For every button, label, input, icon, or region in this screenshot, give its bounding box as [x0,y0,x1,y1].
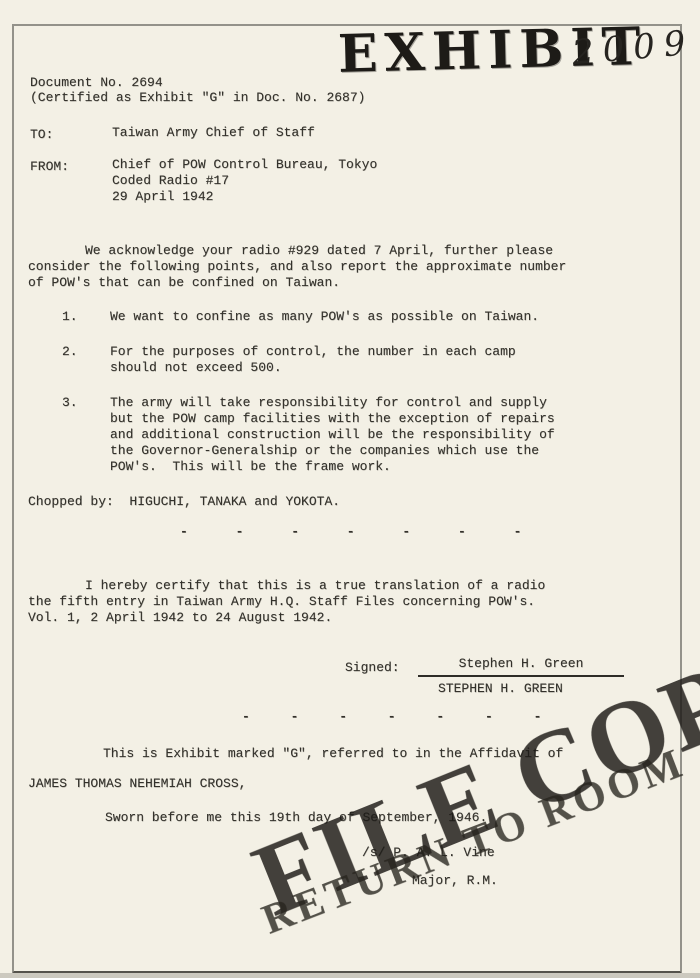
chopped-by-line: Chopped by: HIGUCHI, TANAKA and YOKOTA. [28,494,340,510]
document-page: EXHIBIT 2009 Document No. 2694 (Certifie… [0,0,700,978]
item-2-line-2: should not exceed 500. [110,360,282,376]
certify-line-1: I hereby certify that this is a true tra… [85,578,545,594]
item-3-number: 3. [62,395,78,411]
to-value: Taiwan Army Chief of Staff [112,125,315,141]
document-number-line: Document No. 2694 [30,75,163,91]
item-1-number: 1. [62,309,78,325]
to-label: TO: [30,127,53,143]
from-line-2: Coded Radio #17 [112,173,229,189]
signed-name-typed: STEPHEN H. GREEN [438,681,563,697]
affidavit-name-line: JAMES THOMAS NEHEMIAH CROSS, [28,776,246,792]
item-2-line-1: For the purposes of control, the number … [110,344,516,360]
item-3-line-5: POW's. This will be the frame work. [110,459,391,475]
item-3-line-1: The army will take responsibility for co… [110,395,547,411]
from-label: FROM: [30,159,69,175]
signed-label: Signed: [345,660,400,676]
item-3-line-4: the Governor-Generalship or the companie… [110,443,539,459]
scan-bottom-edge [0,973,700,978]
item-3-line-3: and additional construction will be the … [110,427,555,443]
from-line-1: Chief of POW Control Bureau, Tokyo [112,157,377,173]
certify-line-3: Vol. 1, 2 April 1942 to 24 August 1942. [28,610,332,626]
dash-separator-1: - - - - - - - [180,524,522,540]
certified-line: (Certified as Exhibit "G" in Doc. No. 26… [30,90,365,106]
signed-name-signature: Stephen H. Green [418,656,624,677]
item-2-number: 2. [62,344,78,360]
paragraph-line-3: of POW's that can be confined on Taiwan. [28,275,340,291]
paragraph-line-1: We acknowledge your radio #929 dated 7 A… [85,243,553,259]
dash-separator-2: - - - - - - - [242,709,542,725]
item-1-line-1: We want to confine as many POW's as poss… [110,309,539,325]
from-line-3: 29 April 1942 [112,189,213,205]
certify-line-2: the fifth entry in Taiwan Army H.Q. Staf… [28,594,535,610]
paragraph-line-2: consider the following points, and also … [28,259,566,275]
item-3-line-2: but the POW camp facilities with the exc… [110,411,555,427]
